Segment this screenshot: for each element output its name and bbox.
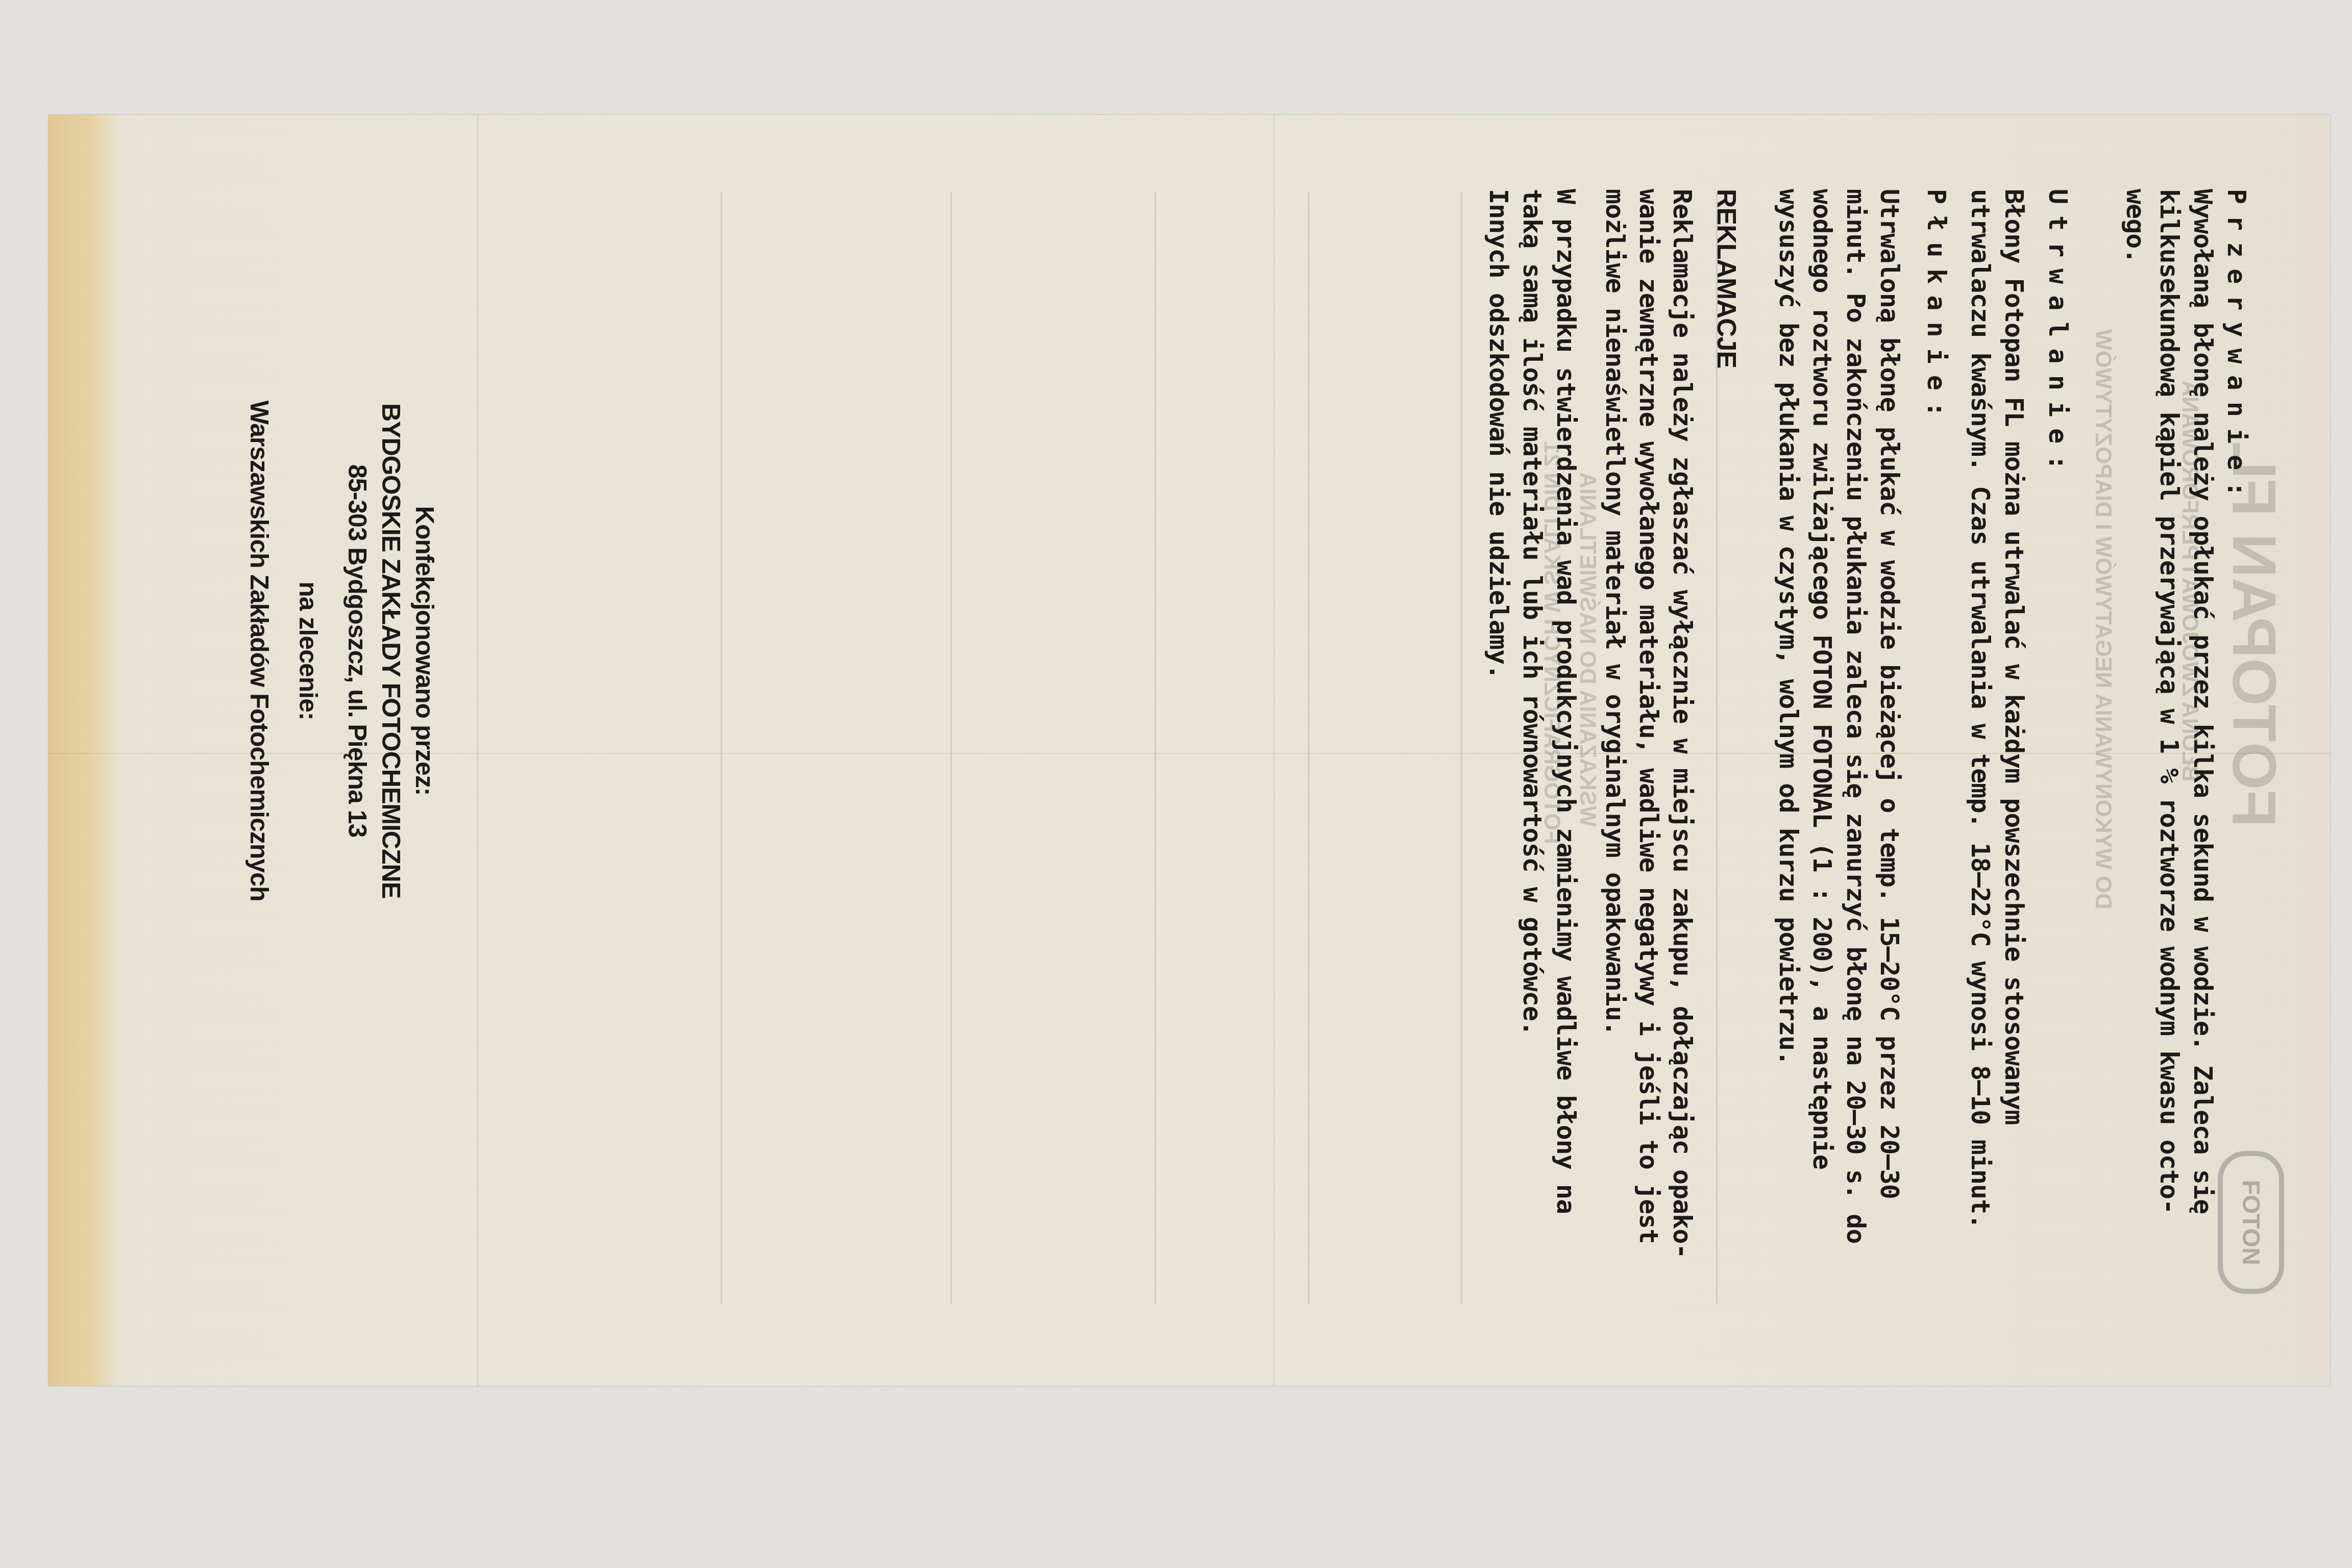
section-reklamacje: REKLAMACJE Reklamacje należy zgłaszać wy…: [1482, 189, 1743, 1312]
text-line: Błony Fotopan FL można utrwalać w każdym…: [1997, 189, 2031, 1312]
text-line: Innych odszkodowań nie udzielamy.: [1482, 189, 1515, 1312]
producer-label: Konfekcjonowano przez:: [408, 268, 442, 1034]
section-heading: Przerywanie:: [2220, 189, 2253, 1312]
license-label: na zlecenie:: [291, 268, 325, 1034]
show-through-rule: [1155, 191, 1156, 1304]
text-line: taką samą ilość materiału lub ich równow…: [1515, 189, 1549, 1312]
section-heading: REKLAMACJE: [1709, 189, 1743, 1312]
text-line: minut. Po zakończeniu płukania zaleca si…: [1839, 189, 1873, 1312]
text-line: utrwalaczu kwaśnym. Czas utrwalania w te…: [1964, 189, 1997, 1312]
show-through-subtitle: DO WYKONYWANIA NEGATYWÓW I DIAPOZYTYWÓW: [2090, 329, 2116, 910]
show-through-rule: [1308, 191, 1309, 1304]
producer-address: 85-303 Bydgoszcz, ul. Piękna 13: [340, 268, 374, 1034]
section-przerywanie: Przerywanie: Wywołaną błonę należy opłuk…: [2119, 189, 2253, 1312]
producer-name: BYDGOSKIE ZAKŁADY FOTOCHEMICZNE: [374, 268, 408, 1034]
text-line: wego.: [2119, 189, 2152, 1312]
section-utrwalanie: Utrwalanie: Błony Fotopan FL można utrwa…: [1772, 189, 2075, 1312]
show-through-rule: [721, 191, 722, 1304]
section-heading: Utrwalanie:: [2041, 189, 2075, 1312]
client-name: Warszawskich Zakładów Fotochemicznych: [242, 268, 276, 1034]
text-line: wanie zewnętrzne wywołanego materiału, w…: [1632, 189, 1665, 1312]
section-heading: Płukanie:: [1920, 189, 1953, 1312]
text-line: Wywołaną błonę należy opłukać przez kilk…: [2186, 189, 2220, 1312]
text-line: Utrwaloną błonę płukać w wodzie bieżącej…: [1873, 189, 1906, 1312]
text-line: W przypadku stwierdzenia wad produkcyjny…: [1549, 189, 1583, 1312]
text-line: możliwe nienaświetlony materiał w orygin…: [1598, 189, 1632, 1312]
text-line: Reklamacje należy zgłaszać wyłącznie w m…: [1665, 189, 1699, 1312]
show-through-rule: [1461, 191, 1462, 1304]
show-through-rule: [950, 191, 952, 1304]
text-line: wysuszyć bez płukania w czystym, wolnym …: [1772, 189, 1805, 1312]
text-line: wodnego roztworu zwilżającego FOTON FOTO…: [1805, 189, 1839, 1312]
section-producer: Konfekcjonowano przez: BYDGOSKIE ZAKŁADY…: [242, 268, 442, 1034]
text-line: kilkusekundową kąpiel przerywającą w 1 %…: [2152, 189, 2186, 1312]
document-content: FOTOPAN FL BŁONA ZWOJOWA I PERFOROWANA D…: [48, 115, 2330, 1386]
